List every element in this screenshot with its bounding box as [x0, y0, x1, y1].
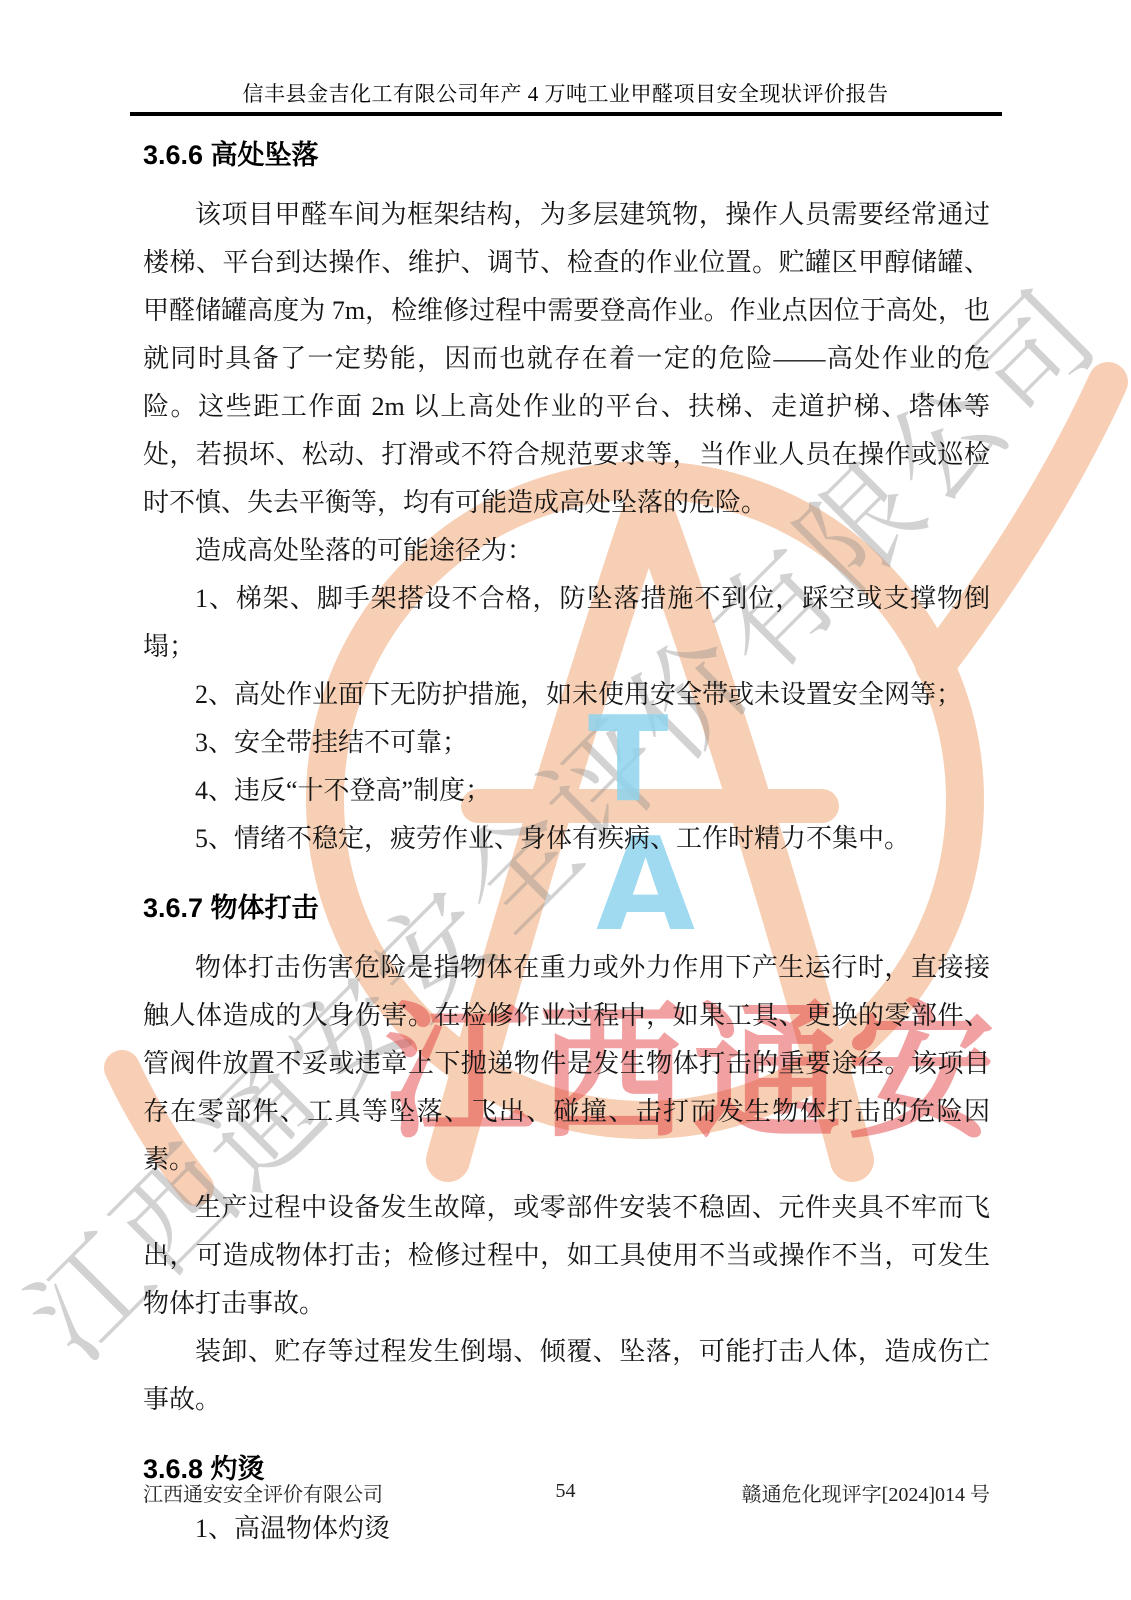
section-heading-3-6-6: 3.6.6 高处坠落 [143, 138, 990, 173]
list-item: 1、梯架、脚手架搭设不合格，防坠落措施不到位，踩空或支撑物倒塌； [143, 575, 990, 671]
paragraph: 1、高温物体灼烫 [143, 1505, 990, 1553]
paragraph: 造成高处坠落的可能途径为： [143, 527, 990, 575]
page-header-title: 信丰县金吉化工有限公司年产 4 万吨工业甲醛项目安全现状评价报告 [0, 78, 1131, 108]
list-item: 4、违反“十不登高”制度； [143, 767, 990, 815]
report-page: 江西通安安全评价有限公司 江西通安 T A 信丰县金吉化工有限公司年产 4 万吨… [0, 0, 1131, 1600]
paragraph: 生产过程中设备发生故障，或零部件安装不稳固、元件夹具不牢而飞出，可造成物体打击；… [143, 1184, 990, 1328]
list-item: 3、安全带挂结不可靠； [143, 719, 990, 767]
paragraph: 该项目甲醛车间为框架结构，为多层建筑物，操作人员需要经常通过楼梯、平台到达操作、… [143, 191, 990, 527]
list-item: 5、情绪不稳定，疲劳作业、身体有疾病、工作时精力不集中。 [143, 815, 990, 863]
document-body: 3.6.6 高处坠落 该项目甲醛车间为框架结构，为多层建筑物，操作人员需要经常通… [143, 138, 990, 1553]
footer-doc-number: 赣通危化现评字[2024]014 号 [742, 1478, 990, 1507]
section-heading-3-6-7: 3.6.7 物体打击 [143, 891, 990, 926]
header-rule [130, 112, 1002, 116]
paragraph: 物体打击伤害危险是指物体在重力或外力作用下产生运行时，直接接触人体造成的人身伤害… [143, 944, 990, 1184]
paragraph: 装卸、贮存等过程发生倒塌、倾覆、坠落，可能打击人体，造成伤亡事故。 [143, 1328, 990, 1424]
list-item: 2、高处作业面下无防护措施，如未使用安全带或未设置安全网等； [143, 671, 990, 719]
